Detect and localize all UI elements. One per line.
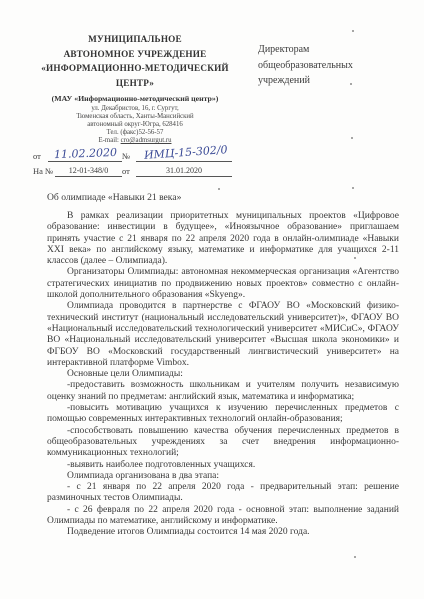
- scan-speck: [354, 556, 356, 558]
- letterhead: МУНИЦИПАЛЬНОЕ АВТОНОМНОЕ УЧРЕЖДЕНИЕ «ИНФ…: [34, 32, 236, 145]
- body-paragraph: Основные цели Олимпиады:: [47, 369, 399, 380]
- address-line: Тюменская область, Ханты-Мансийский: [34, 113, 236, 121]
- incoming-ref-row: На № 12-01-348/0 от 31.01.2020: [33, 162, 243, 177]
- scan-speck: [351, 137, 353, 139]
- letter-body: В рамках реализации приоритетных муницип…: [47, 211, 399, 539]
- body-paragraph: -предоставить возможность школьникам и у…: [47, 380, 399, 403]
- scanned-letter-page: МУНИЦИПАЛЬНОЕ АВТОНОМНОЕ УЧРЕЖДЕНИЕ «ИНФ…: [0, 0, 424, 599]
- body-paragraph: Олимпиада проводится в партнерстве с ФГА…: [47, 301, 399, 369]
- subject-line: Об олимпиаде «Навыки 21 века»: [47, 192, 181, 203]
- address-line: автономный округ-Югра, 628416: [34, 121, 236, 129]
- body-paragraph: - с 26 февраля по 22 апреля 2020 года - …: [47, 505, 399, 528]
- recipient-block: Директорам общеобразовательных учреждени…: [258, 42, 408, 89]
- scan-speck: [218, 188, 220, 190]
- address-line: ул. Декабристов, 16, г. Сургут,: [34, 105, 236, 113]
- outgoing-number-field: ИМЦ-15-302/0: [136, 143, 232, 162]
- outgoing-date-field: 11.02.2020: [48, 143, 122, 162]
- outgoing-ref-row: от 11.02.2020 № ИМЦ-15-302/0: [33, 147, 243, 162]
- reply-label: На №: [33, 166, 55, 177]
- body-paragraph: -способствовать повышению качества обуче…: [47, 426, 399, 460]
- org-name-line: АВТОНОМНОЕ УЧРЕЖДЕНИЕ: [34, 47, 236, 62]
- reference-block: от 11.02.2020 № ИМЦ-15-302/0 На № 12-01-…: [33, 147, 243, 177]
- body-paragraph: Подведение итогов Олимпиады состоится 14…: [47, 527, 399, 538]
- reply-from-label: от: [122, 166, 136, 177]
- org-name-line: «ИНФОРМАЦИОННО-МЕТОДИЧЕСКИЙ: [34, 61, 236, 76]
- incoming-number-field: 12-01-348/0: [55, 166, 122, 177]
- org-name-line: ЦЕНТР»: [34, 76, 236, 91]
- org-address: ул. Декабристов, 16, г. Сургут, Тюменска…: [34, 105, 236, 145]
- scan-speck: [350, 83, 352, 85]
- scan-speck: [352, 187, 354, 189]
- body-paragraph: - с 21 января по 22 апреля 2020 года - п…: [47, 482, 399, 505]
- recipient-line: учреждений: [258, 73, 408, 89]
- number-label: №: [122, 151, 136, 162]
- address-line: Тел. (факс)52-56-57: [34, 129, 236, 137]
- org-name-line: МУНИЦИПАЛЬНОЕ: [34, 32, 236, 47]
- scan-speck: [354, 257, 356, 259]
- org-short-name: (МАУ «Информационно-методический центр»): [34, 94, 236, 103]
- body-paragraph: -повысить мотивацию учащихся к изучению …: [47, 403, 399, 426]
- incoming-date-field: 31.01.2020: [136, 166, 232, 177]
- recipient-line: Директорам: [258, 42, 408, 58]
- from-label: от: [33, 151, 48, 162]
- body-paragraph: Организаторы Олимпиады: автономная неком…: [47, 267, 399, 301]
- body-paragraph: В рамках реализации приоритетных муницип…: [47, 211, 399, 267]
- handwritten-date: 11.02.2020: [53, 146, 116, 161]
- scan-speck: [352, 30, 354, 32]
- recipient-line: общеобразовательных: [258, 58, 408, 74]
- handwritten-number: ИМЦ-15-302/0: [144, 143, 228, 162]
- body-paragraph: Олимпиада организована в два этапа:: [47, 471, 399, 482]
- body-paragraph: -выявить наиболее подготовленных учащихс…: [47, 460, 399, 471]
